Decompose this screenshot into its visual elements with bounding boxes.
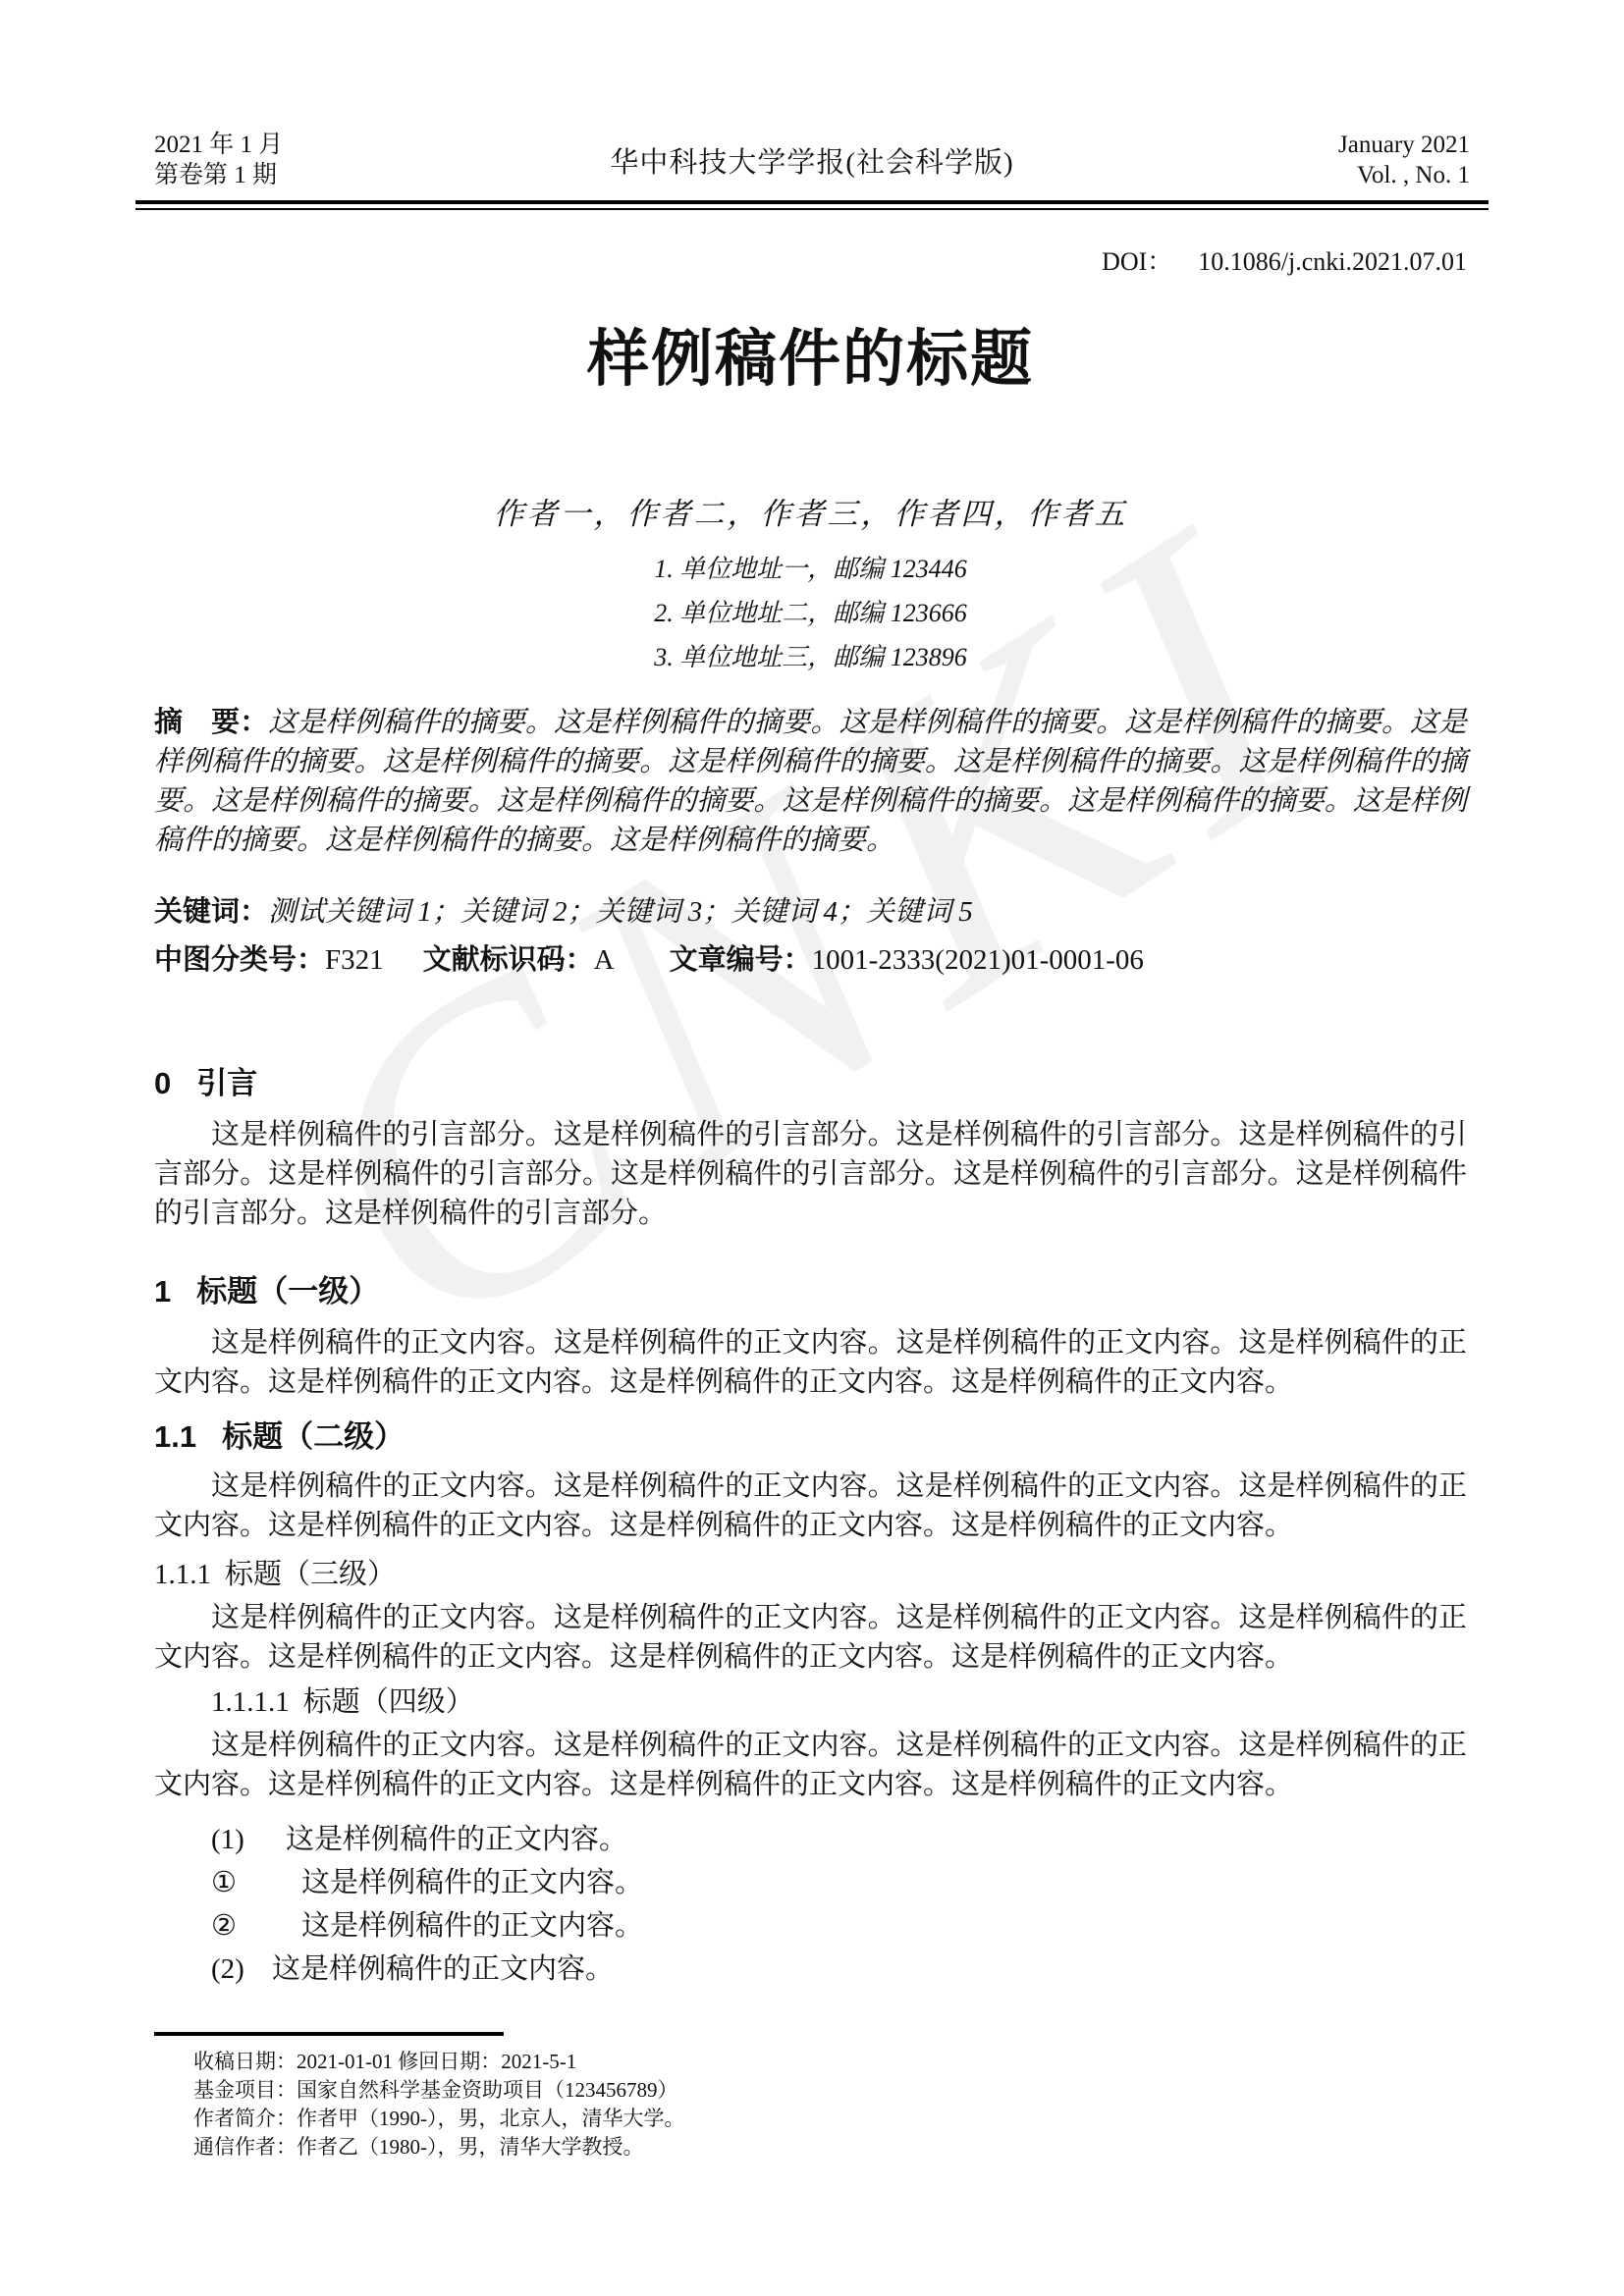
header-date-en: January 2021	[1205, 130, 1470, 160]
section-paragraph: 这是样例稿件的正文内容。这是样例稿件的正文内容。这是样例稿件的正文内容。这是样例…	[154, 1726, 1467, 1804]
footnote-divider	[154, 2032, 504, 2036]
header-volume-block: January 2021 Vol. , No. 1	[1205, 130, 1470, 190]
divider-thin-line	[135, 208, 1489, 210]
journal-article-page: CNKI 2021 年 1 月 第卷第 1 期 华中科技大学学报(社会科学版) …	[0, 0, 1624, 2296]
list-item-text: 这是样例稿件的正文内容。	[301, 1910, 643, 1942]
section-title: 标题（二级）	[222, 1419, 405, 1454]
affiliation-line: 3. 单位地址三，邮编 123896	[154, 635, 1467, 679]
abstract-label: 摘 要：	[154, 707, 268, 738]
list-item-text: 这是样例稿件的正文内容。	[286, 1824, 627, 1855]
section-title: 标题（三级）	[225, 1559, 396, 1590]
section-heading-1: 1标题（一级）	[154, 1270, 1467, 1313]
header-issue-block: 2021 年 1 月 第卷第 1 期	[154, 130, 419, 190]
classification-line: 中图分类号：F321文献标识码：A文章编号：1001-2333(2021)01-…	[154, 940, 1467, 980]
affiliation-line: 2. 单位地址二，邮编 123666	[154, 591, 1467, 635]
abstract-text: 这是样例稿件的摘要。这是样例稿件的摘要。这是样例稿件的摘要。这是样例稿件的摘要。…	[154, 707, 1467, 856]
journal-title: 华中科技大学学报(社会科学版)	[419, 140, 1205, 181]
section-heading-1-1-1: 1.1.1标题（三级）	[154, 1555, 1467, 1594]
list-item-marker: ②	[211, 1904, 301, 1948]
footnote-corresponding-author: 通信作者：作者乙（1980-），男，清华大学教授。	[193, 2133, 1467, 2162]
clc-value: F321	[325, 944, 384, 976]
keywords-label: 关键词：	[154, 896, 268, 928]
section-heading-0: 0引言	[154, 1062, 1467, 1105]
section-title: 引言	[196, 1066, 257, 1100]
list-item-text: 这是样例稿件的正文内容。	[272, 1953, 614, 1985]
section-paragraph: 这是样例稿件的正文内容。这是样例稿件的正文内容。这是样例稿件的正文内容。这是样例…	[154, 1598, 1467, 1677]
section-title: 标题（一级）	[196, 1274, 379, 1308]
section-paragraph: 这是样例稿件的正文内容。这是样例稿件的正文内容。这是样例稿件的正文内容。这是样例…	[154, 1467, 1467, 1545]
divider-thick-line	[135, 200, 1489, 204]
footnote-received-date: 收稿日期：2021-01-01 修回日期：2021-5-1	[193, 2048, 1467, 2076]
article-id-label: 文章编号：	[670, 944, 812, 976]
list-item-marker: ①	[211, 1861, 301, 1904]
section-number: 1.1.1	[154, 1559, 211, 1590]
footnote-author-bio: 作者简介：作者甲（1990-），男，北京人，清华大学。	[193, 2105, 1467, 2133]
doi-value: 10.1086/j.cnki.2021.07.01	[1198, 247, 1467, 276]
section-heading-1-1-1-1: 1.1.1.1标题（四级）	[154, 1682, 1467, 1722]
keywords-line: 关键词：测试关键词 1；关键词 2；关键词 3；关键词 4；关键词 5	[154, 892, 1467, 932]
footnote-lines: 收稿日期：2021-01-01 修回日期：2021-5-1 基金项目：国家自然科…	[154, 2048, 1467, 2162]
list-item-text: 这是样例稿件的正文内容。	[301, 1867, 643, 1898]
section-heading-1-1: 1.1标题（二级）	[154, 1415, 1467, 1459]
keywords-text: 测试关键词 1；关键词 2；关键词 3；关键词 4；关键词 5	[268, 896, 973, 928]
section-number: 1.1.1.1	[211, 1686, 290, 1718]
header-date-cn: 2021 年 1 月	[154, 130, 419, 160]
page-header: 2021 年 1 月 第卷第 1 期 华中科技大学学报(社会科学版) Janua…	[154, 130, 1470, 190]
section-number: 0	[154, 1066, 171, 1100]
article-title: 样例稿件的标题	[154, 318, 1467, 400]
article-id-value: 1001-2333(2021)01-0001-06	[812, 944, 1144, 976]
list-item-marker: (1)	[211, 1818, 286, 1861]
list-item: ①这是样例稿件的正文内容。	[211, 1861, 1467, 1904]
footnote-fund-project: 基金项目：国家自然科学基金资助项目（123456789）	[193, 2076, 1467, 2105]
list-item: (1)这是样例稿件的正文内容。	[211, 1818, 1467, 1861]
list-item: ②这是样例稿件的正文内容。	[211, 1904, 1467, 1948]
section-title: 标题（四级）	[303, 1686, 474, 1718]
section-number: 1.1	[154, 1419, 196, 1454]
header-volume-en: Vol. , No. 1	[1205, 160, 1470, 190]
section-paragraph: 这是样例稿件的正文内容。这是样例稿件的正文内容。这是样例稿件的正文内容。这是样例…	[154, 1323, 1467, 1402]
section-paragraph: 这是样例稿件的引言部分。这是样例稿件的引言部分。这是样例稿件的引言部分。这是样例…	[154, 1115, 1467, 1233]
doc-code-value: A	[594, 944, 615, 976]
header-issue-cn: 第卷第 1 期	[154, 160, 419, 190]
doi-line: DOI：10.1086/j.cnki.2021.07.01	[1102, 241, 1467, 278]
clc-label: 中图分类号：	[154, 944, 325, 976]
affiliation-line: 1. 单位地址一，邮编 123446	[154, 547, 1467, 591]
numbered-list: (1)这是样例稿件的正文内容。 ①这是样例稿件的正文内容。 ②这是样例稿件的正文…	[154, 1818, 1467, 1991]
affiliations: 1. 单位地址一，邮编 123446 2. 单位地址二，邮编 123666 3.…	[154, 547, 1467, 679]
abstract-paragraph: 摘 要：这是样例稿件的摘要。这是样例稿件的摘要。这是样例稿件的摘要。这是样例稿件…	[154, 703, 1467, 860]
list-item: (2)这是样例稿件的正文内容。	[211, 1948, 1467, 1991]
masthead-divider	[135, 200, 1489, 210]
doi-label: DOI：	[1102, 247, 1172, 276]
footnote-block: 收稿日期：2021-01-01 修回日期：2021-5-1 基金项目：国家自然科…	[154, 2032, 1467, 2162]
section-number: 1	[154, 1274, 171, 1308]
article-body: 样例稿件的标题 作者一，作者二，作者三，作者四，作者五 1. 单位地址一，邮编 …	[154, 294, 1467, 1991]
author-line: 作者一，作者二，作者三，作者四，作者五	[154, 489, 1467, 533]
doc-code-label: 文献标识码：	[423, 944, 594, 976]
list-item-marker: (2)	[211, 1948, 272, 1991]
